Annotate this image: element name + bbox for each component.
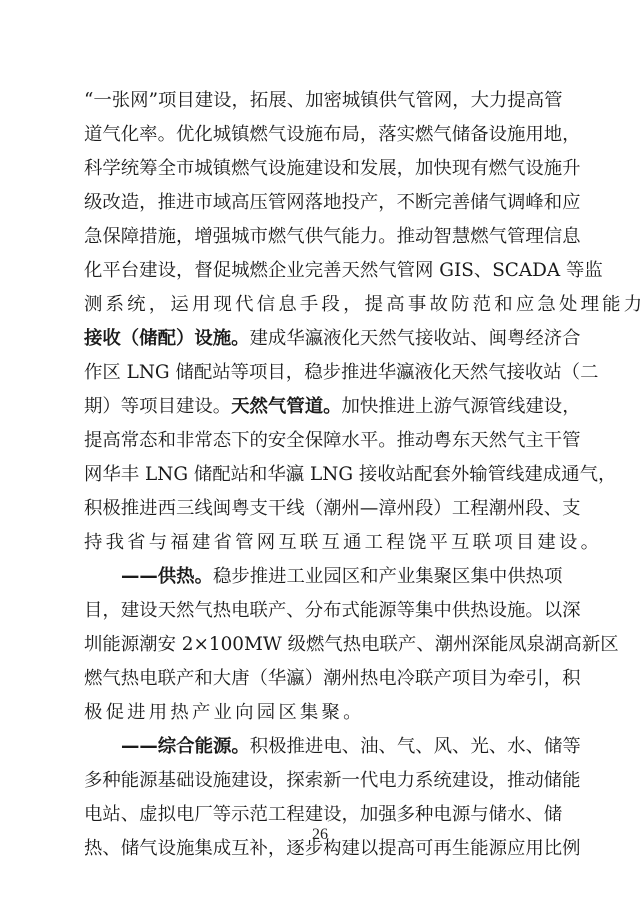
section-heading-integrated-energy: ——综合能源。 [121, 736, 250, 757]
text-run: 期）等项目建设。 [84, 396, 231, 417]
text-line: 接收（储配）设施。建成华瀛液化天然气接收站、闽粤经济合 [84, 322, 554, 356]
text-line: 目，建设天然气热电联产、分布式能源等集中供热设施。以深 [84, 594, 554, 628]
text-line: “一张网”项目建设，拓展、加密城镇供气管网，大力提高管 [84, 84, 554, 118]
text-line: 急保障措施，增强城市燃气供气能力。推动智慧燃气管理信息 [84, 220, 554, 254]
text-line: 提高常态和非常态下的安全保障水平。推动粤东天然气主干管 [84, 424, 554, 458]
text-line: 测系统，运用现代信息手段，提高事故防范和应急处理能力。 [84, 288, 554, 322]
text-line: 燃气热电联产和大唐（华瀛）潮州热电冷联产项目为牵引，积 [84, 662, 554, 696]
text-run: 科学统筹全市城镇燃气设施建设和发展，加快现有燃气设施升 [84, 158, 581, 179]
text-run: 持我省与福建省管网互联互通工程饶平互联项目建设。 [84, 532, 602, 553]
text-line: 化平台建设，督促城燃企业完善天然气管网 GIS、SCADA 等监 [84, 254, 554, 288]
text-line: 作区 LNG 储配站等项目，稳步推进华瀛液化天然气接收站（二 [84, 356, 554, 390]
text-line: 级改造，推进市域高压管网落地投产，不断完善储气调峰和应 [84, 186, 554, 220]
text-run: 提高常态和非常态下的安全保障水平。推动粤东天然气主干管 [84, 430, 581, 451]
section-heading-receiving-facilities: 接收（储配）设施。 [84, 328, 250, 349]
text-run: 急保障措施，增强城市燃气供气能力。推动智慧燃气管理信息 [84, 226, 581, 247]
text-run: 极促进用热产业向园区集聚。 [84, 702, 365, 723]
text-run: 级改造，推进市域高压管网落地投产，不断完善储气调峰和应 [84, 192, 581, 213]
text-line: ——供热。稳步推进工业园区和产业集聚区集中供热项 [84, 560, 554, 594]
text-run: “一张网”项目建设，拓展、加密城镇供气管网，大力提高管 [84, 90, 563, 111]
text-run: 建成华瀛液化天然气接收站、闽粤经济合 [250, 328, 581, 349]
text-run: 化平台建设，督促城燃企业完善天然气管网 GIS、SCADA 等监 [84, 260, 603, 281]
text-line: 道气化率。优化城镇燃气设施布局，落实燃气储备设施用地， [84, 118, 554, 152]
text-run: 加快推进上游气源管线建设， [342, 396, 581, 417]
text-run: 积极推进电、油、气、风、光、水、储等 [250, 736, 581, 757]
text-run: 网华丰 LNG 储配站和华瀛 LNG 接收站配套外输管线建成通气， [84, 464, 616, 485]
text-run: 圳能源潮安 2×100MW 级燃气热电联产、潮州深能凤泉湖高新区 [84, 634, 619, 655]
text-line: 期）等项目建设。天然气管道。加快推进上游气源管线建设， [84, 390, 554, 424]
section-heading-heating: ——供热。 [121, 566, 213, 587]
text-line: 网华丰 LNG 储配站和华瀛 LNG 接收站配套外输管线建成通气， [84, 458, 554, 492]
document-page: “一张网”项目建设，拓展、加密城镇供气管网，大力提高管 道气化率。优化城镇燃气设… [0, 0, 640, 905]
text-run: 稳步推进工业园区和产业集聚区集中供热项 [213, 566, 562, 587]
text-run: 道气化率。优化城镇燃气设施布局，落实燃气储备设施用地， [84, 124, 581, 145]
section-heading-gas-pipeline: 天然气管道。 [231, 396, 341, 417]
text-line: 极促进用热产业向园区集聚。 [84, 696, 554, 730]
text-line: 科学统筹全市城镇燃气设施建设和发展，加快现有燃气设施升 [84, 152, 554, 186]
text-line: ——综合能源。积极推进电、油、气、风、光、水、储等 [84, 730, 554, 764]
text-run: 目，建设天然气热电联产、分布式能源等集中供热设施。以深 [84, 600, 581, 621]
body-text: “一张网”项目建设，拓展、加密城镇供气管网，大力提高管 道气化率。优化城镇燃气设… [84, 84, 554, 866]
text-line: 多种能源基础设施建设，探索新一代电力系统建设，推动储能 [84, 764, 554, 798]
text-run: 燃气热电联产和大唐（华瀛）潮州热电冷联产项目为牵引，积 [84, 668, 581, 689]
text-line: 持我省与福建省管网互联互通工程饶平互联项目建设。 [84, 526, 554, 560]
page-number: 26 [0, 826, 640, 844]
text-run: 多种能源基础设施建设，探索新一代电力系统建设，推动储能 [84, 770, 581, 791]
text-run: 电站、虚拟电厂等示范工程建设，加强多种电源与储水、储 [84, 804, 562, 825]
text-run: 作区 LNG 储配站等项目，稳步推进华瀛液化天然气接收站（二 [84, 362, 598, 383]
text-run: 积极推进西三线闽粤支干线（潮州—漳州段）工程潮州段、支 [84, 498, 581, 519]
text-line: 圳能源潮安 2×100MW 级燃气热电联产、潮州深能凤泉湖高新区 [84, 628, 554, 662]
text-run: 测系统，运用现代信息手段，提高事故防范和应急处理能力。 [84, 294, 640, 315]
text-line: 积极推进西三线闽粤支干线（潮州—漳州段）工程潮州段、支 [84, 492, 554, 526]
